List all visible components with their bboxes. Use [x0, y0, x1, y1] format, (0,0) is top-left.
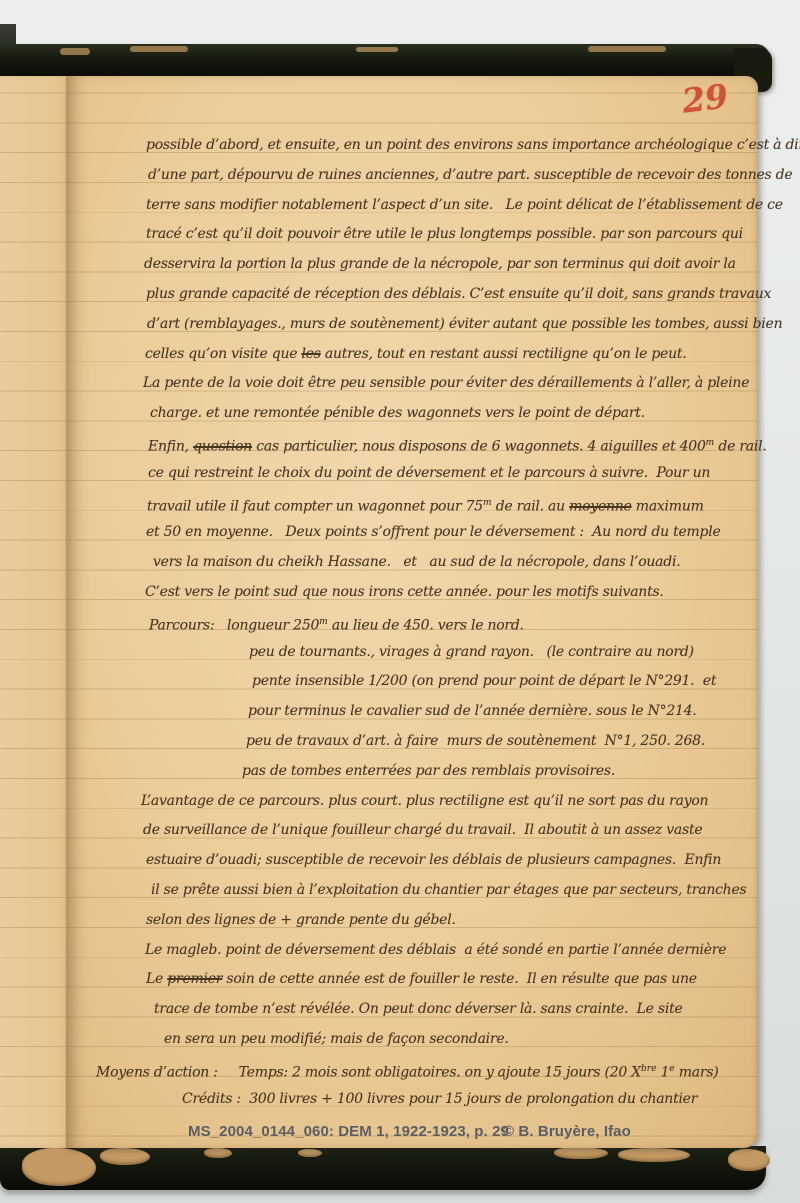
manuscript-line: d’une part, dépourvu de ruines anciennes… — [66, 161, 758, 191]
torn-paper-fragment — [298, 1149, 322, 1157]
handwriting-segment: au lieu de 450. vers le nord. — [328, 617, 524, 633]
worn-leather-fleck — [588, 46, 666, 52]
handwriting-segment: en sera un peu modifié; mais de façon se… — [164, 1031, 509, 1047]
torn-paper-fragment — [22, 1148, 96, 1186]
manuscript-line: possible d’abord, et ensuite, en un poin… — [66, 131, 758, 161]
handwriting-segment: pas de tombes enterrées par des remblais… — [242, 763, 615, 779]
manuscript-line: Enfin, question cas particulier, nous di… — [66, 429, 758, 459]
handwriting-segment: terre sans modifier notablement l’aspect… — [146, 197, 783, 213]
handwriting-segment: charge. et une remontée pénible des wago… — [150, 405, 645, 421]
manuscript-line: Crédits : 300 livres + 100 livres pour 1… — [66, 1085, 758, 1115]
manuscript-line: La pente de la voie doit être peu sensib… — [66, 369, 758, 399]
handwriting-segment: soin de cette année est de fouiller le r… — [222, 971, 697, 987]
manuscript-line: Le magleb. point de déversement des débl… — [66, 936, 758, 966]
handwriting-segment: tracé c’est qu’il doit pouvoir être util… — [146, 226, 743, 242]
struck-word: les — [301, 346, 320, 362]
manuscript-line: pente insensible 1/200 (on prend pour po… — [66, 667, 758, 697]
manuscript-line: en sera un peu modifié; mais de façon se… — [66, 1025, 758, 1055]
manuscript-line: trace de tombe n’est révélée. On peut do… — [66, 995, 758, 1025]
manuscript-line: selon des lignes de + grande pente du gé… — [66, 906, 758, 936]
manuscript-line: Le premier soin de cette année est de fo… — [66, 965, 758, 995]
torn-paper-fragment — [618, 1148, 690, 1162]
page-number: 29 — [680, 79, 730, 117]
handwriting-segment: d’art (remblayages., murs de soutènement… — [147, 316, 782, 332]
handwriting-segment: desservira la portion la plus grande de … — [144, 256, 736, 272]
handwriting-segment: mars) — [675, 1064, 719, 1080]
handwriting-segment: vers la maison du cheikh Hassane. et au … — [153, 554, 680, 570]
manuscript-line: pour terminus le cavalier sud de l’année… — [66, 697, 758, 727]
copyright-caption: © B. Bruyère, Ifao — [503, 1123, 631, 1140]
handwriting-segment: Le magleb. point de déversement des débl… — [145, 942, 726, 958]
manuscript-line: estuaire d’ouadi; susceptible de recevoi… — [66, 846, 758, 876]
handwriting-segment: peu de travaux d’art. à faire murs de so… — [246, 733, 705, 749]
struck-word: moyenne — [569, 498, 631, 514]
handwriting-segment: trace de tombe n’est révélée. On peut do… — [154, 1001, 682, 1017]
handwriting-segment: m — [319, 617, 328, 627]
archive-reference-caption: MS_2004_0144_060: DEM 1, 1922-1923, p. 2… — [188, 1123, 509, 1140]
handwriting-segment: peu de tournants., virages à grand rayon… — [249, 644, 694, 660]
handwriting-segment: bre — [641, 1064, 656, 1074]
handwriting-segment: travail utile il faut compter un wagonne… — [147, 498, 483, 514]
handwriting-segment: Moyens d’action : Temps: 2 mois sont obl… — [96, 1064, 641, 1080]
worn-leather-fleck — [130, 46, 188, 52]
struck-word: premier — [167, 971, 222, 987]
torn-paper-fragment — [728, 1149, 770, 1171]
manuscript-page: 29 possible d’abord, et ensuite, en un p… — [66, 76, 758, 1148]
handwriting-segment: C’est vers le point sud que nous irons c… — [145, 584, 664, 600]
handwriting-segment: possible d’abord, et ensuite, en un poin… — [146, 137, 800, 153]
handwriting-segment: Le — [146, 971, 167, 987]
struck-word: question — [193, 439, 252, 455]
handwriting-segment: m — [483, 498, 492, 508]
worn-leather-fleck — [356, 47, 398, 52]
handwriting-segment: ce qui restreint le choix du point de dé… — [148, 465, 710, 481]
torn-paper-fragment — [100, 1148, 150, 1165]
manuscript-line: vers la maison du cheikh Hassane. et au … — [66, 548, 758, 578]
manuscript-line: charge. et une remontée pénible des wago… — [66, 399, 758, 429]
handwritten-text: possible d’abord, et ensuite, en un poin… — [66, 131, 758, 1114]
manuscript-line: ce qui restreint le choix du point de dé… — [66, 459, 758, 489]
manuscript-line: pas de tombes enterrées par des remblais… — [66, 757, 758, 787]
manuscript-line: tracé c’est qu’il doit pouvoir être util… — [66, 220, 758, 250]
handwriting-segment: il se prête aussi bien à l’exploitation … — [151, 882, 746, 898]
handwriting-segment: cas particulier, nous disposons de 6 wag… — [252, 439, 706, 455]
manuscript-line: peu de travaux d’art. à faire murs de so… — [66, 727, 758, 757]
handwriting-segment: Enfin, — [148, 439, 193, 455]
worn-leather-fleck — [60, 48, 90, 55]
manuscript-line: plus grande capacité de réception des dé… — [66, 280, 758, 310]
book-cover-top-edge — [0, 44, 770, 77]
handwriting-segment: Parcours: longueur 250 — [149, 617, 319, 633]
manuscript-line: terre sans modifier notablement l’aspect… — [66, 191, 758, 221]
handwriting-segment: La pente de la voie doit être peu sensib… — [143, 375, 749, 391]
torn-paper-fragment — [554, 1147, 608, 1159]
manuscript-line: Parcours: longueur 250m au lieu de 450. … — [66, 608, 758, 638]
manuscript-line: de surveillance de l’unique fouilleur ch… — [66, 816, 758, 846]
manuscript-line: Moyens d’action : Temps: 2 mois sont obl… — [66, 1055, 758, 1085]
handwriting-segment: autres, tout en restant aussi rectiligne… — [321, 346, 687, 362]
handwriting-segment: m — [706, 438, 715, 448]
manuscript-line: L’avantage de ce parcours. plus court. p… — [66, 787, 758, 817]
handwriting-segment: pente insensible 1/200 (on prend pour po… — [252, 673, 716, 689]
handwriting-segment: Crédits : 300 livres + 100 livres pour 1… — [182, 1091, 697, 1107]
handwriting-segment: de rail. — [714, 439, 766, 455]
manuscript-line: peu de tournants., virages à grand rayon… — [66, 638, 758, 668]
handwriting-segment: selon des lignes de + grande pente du gé… — [146, 912, 456, 928]
manuscript-line: il se prête aussi bien à l’exploitation … — [66, 876, 758, 906]
handwriting-segment: celles qu’on visite que — [145, 346, 301, 362]
handwriting-segment: de rail. au — [492, 498, 570, 514]
handwriting-segment: plus grande capacité de réception des dé… — [146, 286, 771, 302]
manuscript-line: et 50 en moyenne. Deux points s’offrent … — [66, 518, 758, 548]
manuscript-line: travail utile il faut compter un wagonne… — [66, 489, 758, 519]
handwriting-segment: et 50 en moyenne. Deux points s’offrent … — [146, 524, 721, 540]
scan-background: 29 possible d’abord, et ensuite, en un p… — [0, 0, 800, 1203]
manuscript-line: celles qu’on visite que les autres, tout… — [66, 340, 758, 370]
handwriting-segment: maximum — [632, 498, 704, 514]
handwriting-segment: L’avantage de ce parcours. plus court. p… — [141, 793, 708, 809]
manuscript-line: d’art (remblayages., murs de soutènement… — [66, 310, 758, 340]
handwriting-segment: de surveillance de l’unique fouilleur ch… — [143, 822, 702, 838]
torn-paper-fragment — [204, 1148, 232, 1158]
manuscript-line: C’est vers le point sud que nous irons c… — [66, 578, 758, 608]
handwriting-segment: d’une part, dépourvu de ruines anciennes… — [148, 167, 792, 183]
handwriting-segment: 1 — [656, 1064, 669, 1080]
handwriting-segment: estuaire d’ouadi; susceptible de recevoi… — [146, 852, 721, 868]
manuscript-line: desservira la portion la plus grande de … — [66, 250, 758, 280]
handwriting-segment: pour terminus le cavalier sud de l’année… — [248, 703, 697, 719]
